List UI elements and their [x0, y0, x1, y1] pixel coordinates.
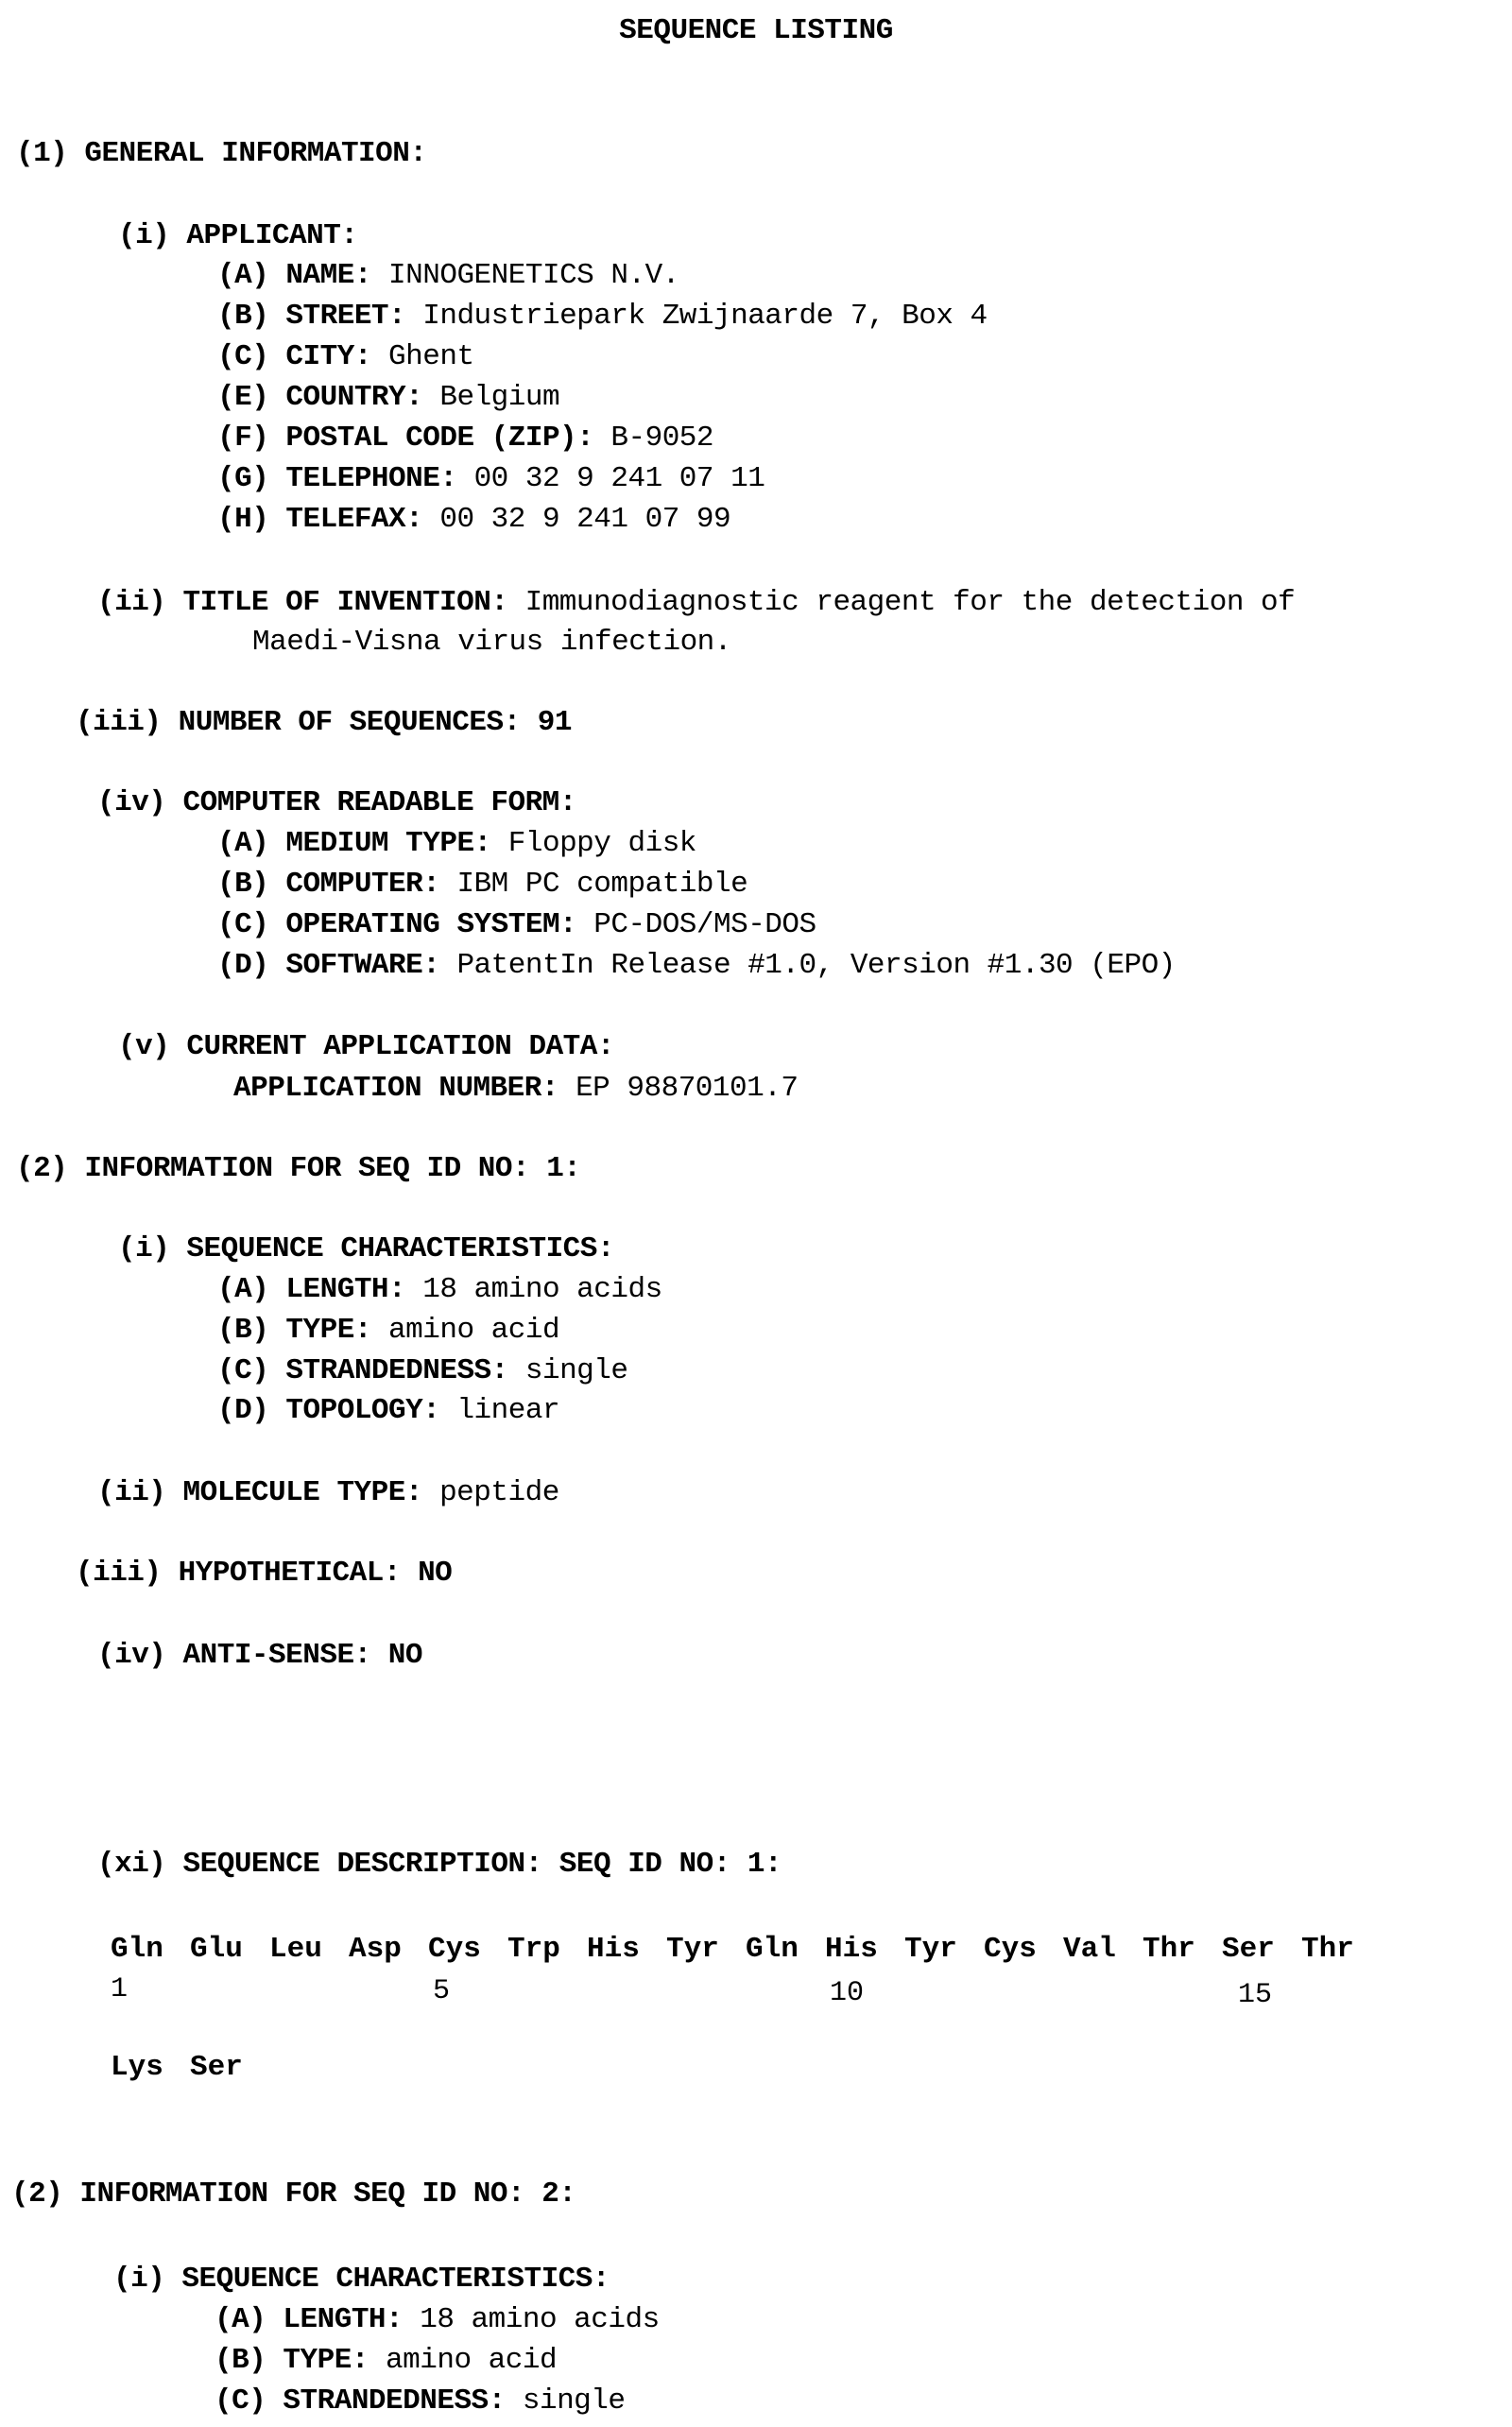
residue: Tyr — [666, 1933, 719, 1967]
title-of-invention: (ii) TITLE OF INVENTION: Immunodiagnosti… — [97, 586, 1295, 620]
position-number-10: 10 — [830, 1977, 864, 2009]
medium-type: (A) MEDIUM TYPE: Floppy disk — [217, 827, 696, 861]
number-of-sequences: (iii) NUMBER OF SEQUENCES: 91 — [76, 706, 572, 740]
residue: Tyr — [904, 1933, 957, 1967]
residue: Asp — [349, 1933, 402, 1967]
residue: Val — [1063, 1933, 1116, 1967]
computer: (B) COMPUTER: IBM PC compatible — [217, 868, 747, 902]
operating-system: (C) OPERATING SYSTEM: PC-DOS/MS-DOS — [217, 908, 816, 942]
seq2-type: (B) TYPE: amino acid — [215, 2344, 557, 2378]
seq1-description-label: (xi) SEQUENCE DESCRIPTION: SEQ ID NO: 1: — [97, 1848, 782, 1882]
general-information-heading: (1) GENERAL INFORMATION: — [16, 137, 426, 171]
seq1-molecule-type: (ii) MOLECULE TYPE: peptide — [97, 1476, 559, 1510]
seq1-topology: (D) TOPOLOGY: linear — [217, 1394, 559, 1428]
position-number-5: 5 — [433, 1975, 450, 2007]
seq2-strandedness: (C) STRANDEDNESS: single — [215, 2384, 626, 2418]
residue: His — [587, 1933, 640, 1967]
applicant-name: (A) NAME: INNOGENETICS N.V. — [217, 259, 679, 293]
residue: Thr — [1301, 1933, 1354, 1967]
seq2-heading: (2) INFORMATION FOR SEQ ID NO: 2: — [11, 2177, 576, 2212]
residue: Trp — [507, 1933, 560, 1967]
software: (D) SOFTWARE: PatentIn Release #1.0, Ver… — [217, 949, 1176, 983]
applicant-label: (i) APPLICANT: — [118, 219, 357, 253]
seq1-type: (B) TYPE: amino acid — [217, 1314, 559, 1348]
current-application-label: (v) CURRENT APPLICATION DATA: — [118, 1030, 614, 1064]
residue: Thr — [1143, 1933, 1195, 1967]
seq1-heading: (2) INFORMATION FOR SEQ ID NO: 1: — [16, 1152, 580, 1186]
residue: Cys — [984, 1933, 1037, 1967]
seq1-strandedness: (C) STRANDEDNESS: single — [217, 1354, 628, 1388]
computer-readable-form-label: (iv) COMPUTER READABLE FORM: — [97, 786, 576, 820]
residue: Gln — [111, 1933, 163, 1967]
applicant-telefax: (H) TELEFAX: 00 32 9 241 07 99 — [217, 503, 730, 537]
residue: Ser — [1222, 1933, 1275, 1967]
residue: Glu — [190, 1933, 243, 1967]
title-of-invention-continued: Maedi-Visna virus infection. — [252, 626, 731, 660]
position-number-15: 15 — [1238, 1979, 1272, 2011]
residue: Gln — [746, 1933, 799, 1967]
applicant-country: (E) COUNTRY: Belgium — [217, 381, 559, 415]
seq2-characteristics-label: (i) SEQUENCE CHARACTERISTICS: — [113, 2263, 610, 2297]
residue: Ser — [190, 2051, 243, 2085]
seq1-anti-sense: (iv) ANTI-SENSE: NO — [97, 1639, 422, 1673]
residue: Leu — [269, 1933, 322, 1967]
seq1-characteristics-label: (i) SEQUENCE CHARACTERISTICS: — [118, 1232, 614, 1266]
seq1-length: (A) LENGTH: 18 amino acids — [217, 1273, 662, 1307]
residue: Lys — [111, 2051, 163, 2085]
applicant-postal-code: (F) POSTAL CODE (ZIP): B-9052 — [217, 422, 713, 456]
position-number-1: 1 — [111, 1973, 128, 2005]
seq2-length: (A) LENGTH: 18 amino acids — [215, 2303, 660, 2337]
applicant-telephone: (G) TELEPHONE: 00 32 9 241 07 11 — [217, 462, 765, 496]
applicant-city: (C) CITY: Ghent — [217, 340, 474, 374]
seq1-hypothetical: (iii) HYPOTHETICAL: NO — [76, 1557, 452, 1591]
application-number: APPLICATION NUMBER: EP 98870101.7 — [233, 1072, 798, 1106]
seq1-residues-row-1: Gln Glu Leu Asp Cys Trp His Tyr Gln His … — [111, 1933, 1434, 1971]
residue: Cys — [428, 1933, 481, 1967]
applicant-street: (B) STREET: Industriepark Zwijnaarde 7, … — [217, 300, 988, 334]
seq1-residues-row-2: Lys Ser — [111, 2051, 394, 2089]
residue: His — [825, 1933, 878, 1967]
document-title: SEQUENCE LISTING — [0, 14, 1512, 48]
